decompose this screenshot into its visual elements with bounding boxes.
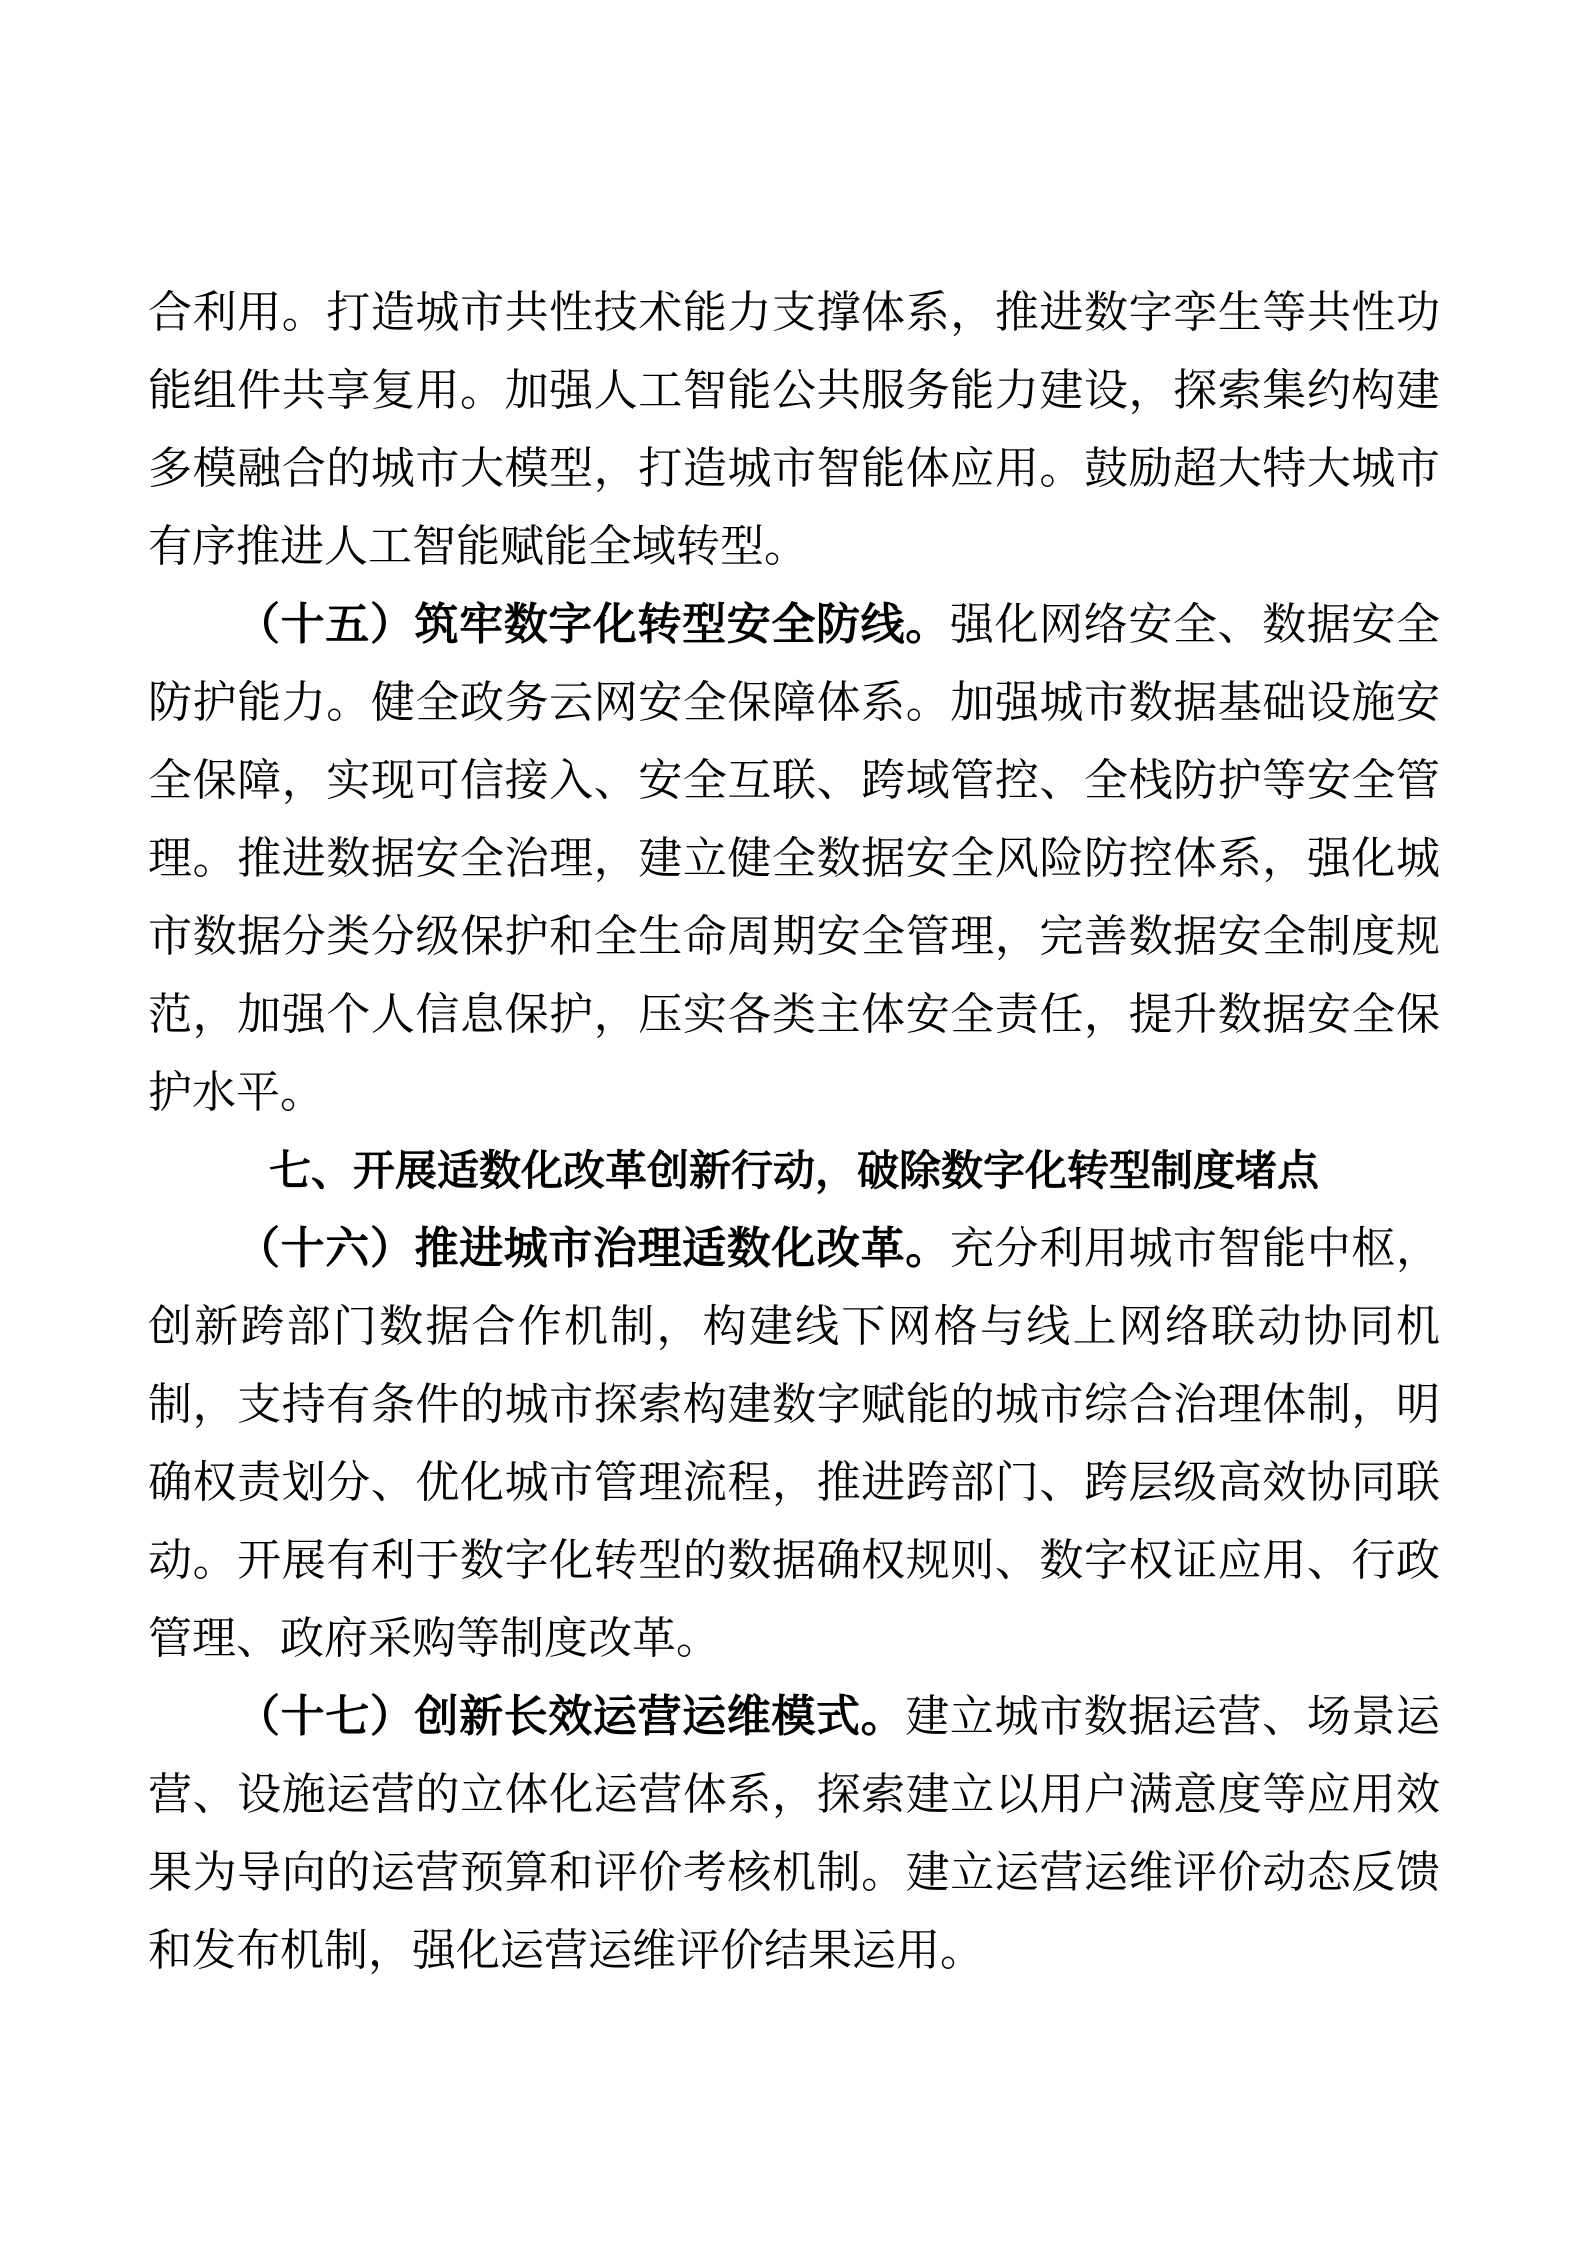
section-15-lead: （十五）筑牢数字化转型安全防线。 — [236, 600, 950, 649]
section-17-lead: （十七）创新长效运营运维模式。 — [236, 1692, 905, 1741]
paragraph-section-16: （十六）推进城市治理适数化改革。充分利用城市智能中枢，创新跨部门数据合作机制，构… — [148, 1210, 1440, 1678]
document-content: 合利用。打造城市共性技术能力支撑体系，推进数字孪生等共性功能组件共享复用。加强人… — [148, 274, 1440, 1990]
document-page: 合利用。打造城市共性技术能力支撑体系，推进数字孪生等共性功能组件共享复用。加强人… — [0, 0, 1587, 2245]
paragraph-continuation: 合利用。打造城市共性技术能力支撑体系，推进数字孪生等共性功能组件共享复用。加强人… — [148, 274, 1440, 586]
paragraph-section-15: （十五）筑牢数字化转型安全防线。强化网络安全、数据安全防护能力。健全政务云网安全… — [148, 586, 1440, 1132]
section-16-lead: （十六）推进城市治理适数化改革。 — [236, 1224, 950, 1273]
section-15-body: 强化网络安全、数据安全防护能力。健全政务云网安全保障体系。加强城市数据基础设施安… — [148, 600, 1440, 1117]
paragraph-section-17: （十七）创新长效运营运维模式。建立城市数据运营、场景运营、设施运营的立体化运营体… — [148, 1678, 1440, 1990]
section-7-heading: 七、开展适数化改革创新行动，破除数字化转型制度堵点 — [148, 1132, 1440, 1210]
section-16-body: 充分利用城市智能中枢，创新跨部门数据合作机制，构建线下网格与线上网络联动协同机制… — [148, 1224, 1440, 1663]
